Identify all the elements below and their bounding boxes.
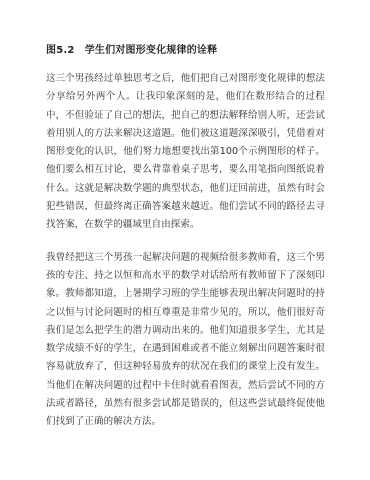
paragraph-2: 我曾经把这三个男孩一起解决问题的视频给很多教师看，这三个男孩的专注、持之以恒和高… bbox=[46, 249, 325, 432]
book-page: 图5.2 学生们对图形变化规律的诠释 这三个男孩经过单独思考之后，他们把自己对图… bbox=[0, 0, 370, 480]
paragraph-1: 这三个男孩经过单独思考之后，他们把自己对图形变化规律的想法分享给另外两个人。让我… bbox=[46, 70, 325, 235]
figure-caption: 图5.2 学生们对图形变化规律的诠释 bbox=[46, 45, 325, 57]
